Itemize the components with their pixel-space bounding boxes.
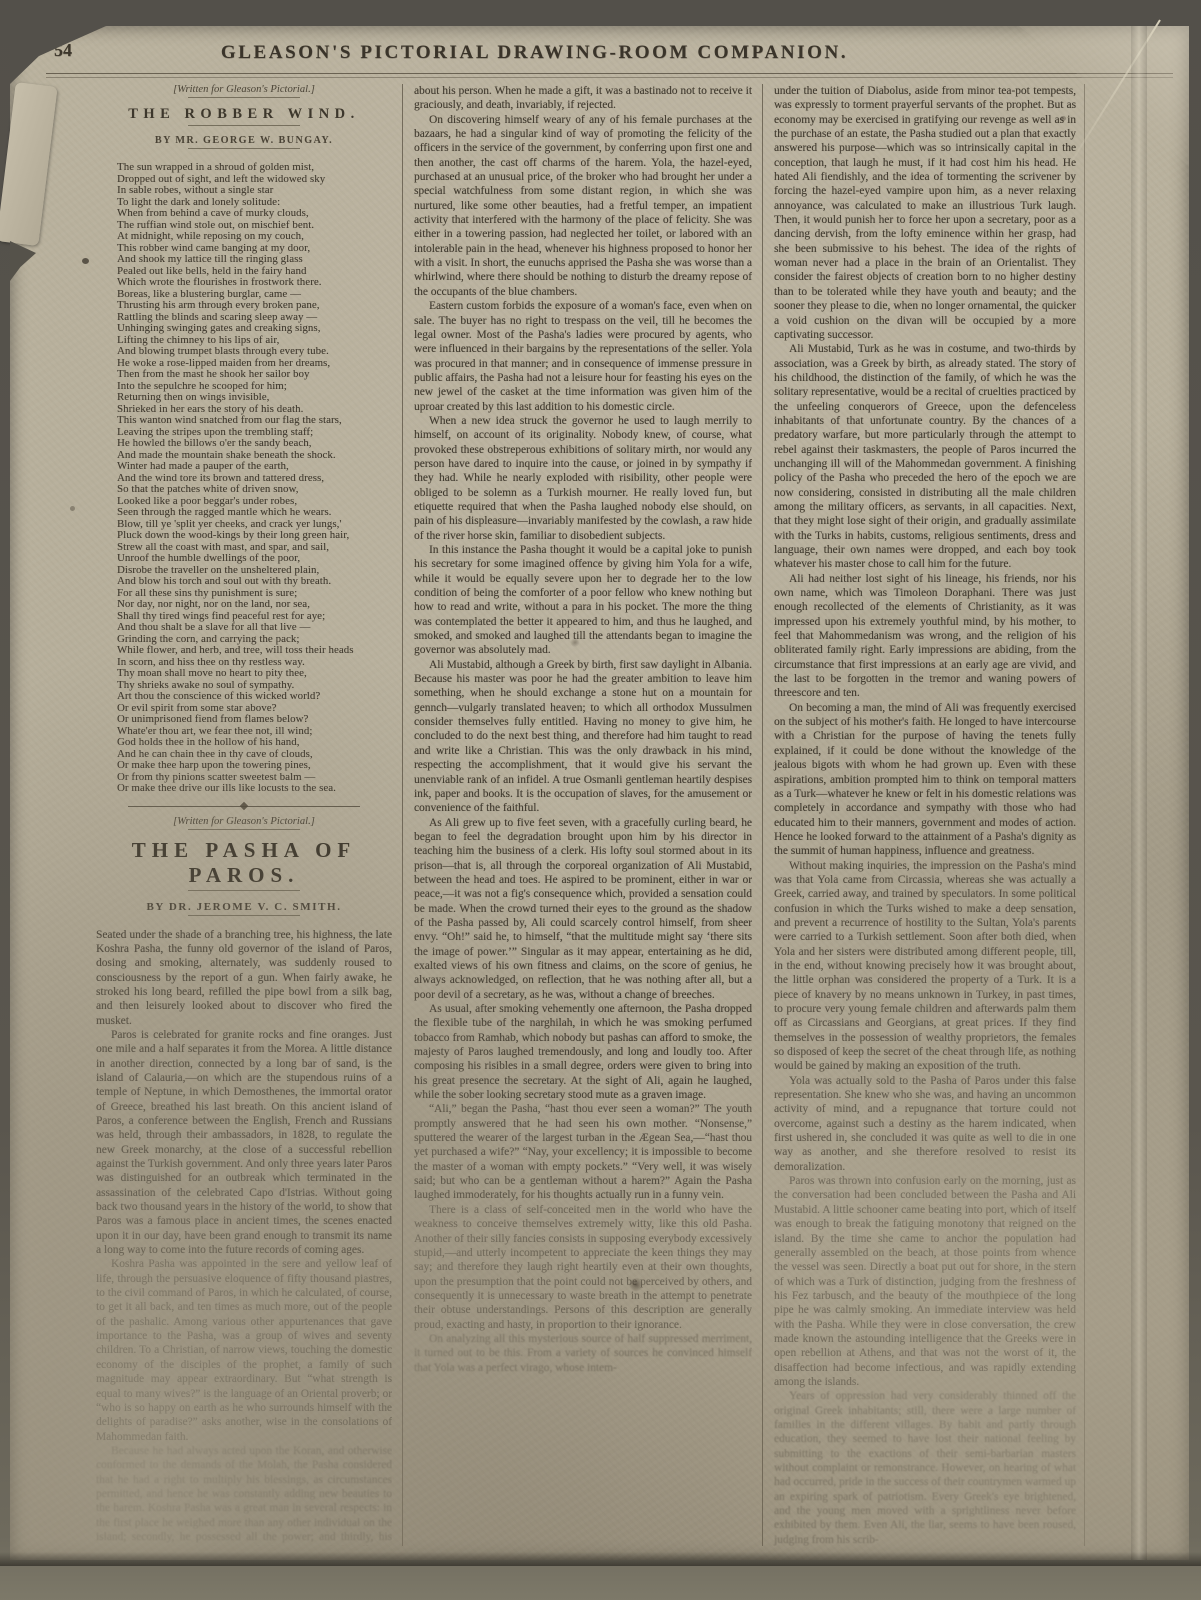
poem-credit-line: [Written for Gleason's Pictorial.] (96, 84, 392, 95)
page-bottom-shadow (0, 1552, 1201, 1566)
article-paragraph: On analyzing all this mysterious source … (414, 1332, 752, 1375)
poem-line: And thou shalt be a slave for all that l… (117, 622, 392, 634)
article-paragraph: On discovering himself weary of any of h… (414, 113, 752, 299)
poem-line: In sable robes, without a single star (117, 185, 392, 197)
poem-line: Thrusting his arm through every broken p… (117, 300, 392, 312)
rule-divider (188, 125, 300, 126)
column-left: [Written for Gleason's Pictorial.] THE R… (96, 84, 392, 1546)
poem-title: THE ROBBER WIND. (96, 106, 392, 123)
article-credit-line: [Written for Gleason's Pictorial.] (96, 816, 392, 827)
poem-line: Art thou the conscience of this wicked w… (117, 691, 392, 703)
poem-line: Then from the mast he shook her sailor b… (117, 369, 392, 381)
ink-stain (628, 1278, 644, 1291)
paper-speck (82, 258, 89, 264)
scanned-newspaper-page: 54 GLEASON'S PICTORIAL DRAWING-ROOM COMP… (0, 0, 1201, 1600)
article-byline: BY DR. JEROME V. C. SMITH. (96, 901, 392, 913)
torn-edge-notch (10, 241, 36, 281)
article-paragraph: “Ali,” began the Pasha, “hast thou ever … (414, 1102, 752, 1202)
poem-line: Unroof the humble dwellings of the poor, (117, 553, 392, 565)
poem-byline: BY MR. GEORGE W. BUNGAY. (96, 135, 392, 146)
rule-divider (188, 829, 300, 830)
article-paragraph: Years of oppression had very considerabl… (774, 1389, 1076, 1546)
poem-line: Which wrote the flourishes in frostwork … (117, 277, 392, 289)
poem-line: Seen through the ragged mantle which he … (117, 507, 392, 519)
article-paragraph: Seated under the shade of a branching tr… (96, 928, 392, 1028)
poem-line: When from behind a cave of murky clouds, (117, 208, 392, 220)
column-middle: about his person. When he made a gift, i… (402, 84, 752, 1546)
poem-line: Or unimprisoned fiend from flames below? (117, 714, 392, 726)
ink-stain (570, 638, 580, 647)
article-paragraph: When a new idea struck the governor he u… (414, 414, 752, 543)
section-divider-ornament (128, 806, 360, 807)
vertical-crease (1131, 26, 1147, 1560)
article-paragraph: Eastern custom forbids the exposure of a… (414, 299, 752, 414)
poem-line: God holds thee in the hollow of his hand… (117, 737, 392, 749)
rule-divider (188, 97, 300, 98)
article-paragraph: Yola was actually sold to the Pasha of P… (774, 1074, 1076, 1174)
poem-line: Winter had made a pauper of the earth, (117, 461, 392, 473)
article-paragraph: Ali had neither lost sight of his lineag… (774, 572, 1076, 701)
poem-line: And shook my lattice till the ringing gl… (117, 254, 392, 266)
poem-line: And blow his torch and soul out with thy… (117, 576, 392, 588)
article-paragraph: As usual, after smoking vehemently one a… (414, 1002, 752, 1102)
newspaper-sheet: 54 GLEASON'S PICTORIAL DRAWING-ROOM COMP… (10, 26, 1189, 1560)
poem-line: He howled the billows o'er the sandy bea… (117, 438, 392, 450)
rule-divider (188, 915, 300, 916)
poem-line: Or make thee drive our ills like locusts… (117, 783, 392, 795)
article-paragraph: Koshra Pasha was appointed in the sere a… (96, 1257, 392, 1443)
poem-line: Thy moan shall move no heart to pity the… (117, 668, 392, 680)
masthead-rule (46, 73, 1173, 78)
article-columns: [Written for Gleason's Pictorial.] THE R… (96, 84, 1085, 1546)
poem-line: At midnight, while reposing on my couch, (117, 231, 392, 243)
article-paragraph: In this instance the Pasha thought it wo… (414, 543, 752, 658)
article-paragraph: about his person. When he made a gift, i… (414, 84, 752, 113)
column-right: under the tuition of Diabolus, aside fro… (762, 84, 1085, 1546)
poem-line: While flower, and herb, and tree, will t… (117, 645, 392, 657)
poem-line: Pluck down the wood-kings by their long … (117, 530, 392, 542)
poem-line: This wanton wind snatched from our flag … (117, 415, 392, 427)
poem-line: Returning then on wings invisible, (117, 392, 392, 404)
paper-speck (70, 506, 75, 511)
article-paragraph: Ali Mustabid, Turk as he was in costume,… (774, 342, 1076, 572)
paper-speck (1060, 116, 1066, 121)
masthead-title: GLEASON'S PICTORIAL DRAWING-ROOM COMPANI… (10, 42, 1059, 64)
rule-divider (188, 890, 300, 891)
torn-paper-scrap (0, 82, 58, 246)
article-paragraph: Paros was thrown into confusion early on… (774, 1174, 1076, 1389)
article-paragraph: Paros is celebrated for granite rocks an… (96, 1028, 392, 1258)
poem-line: So that the patches white of driven snow… (117, 484, 392, 496)
poem-line: Nor day, nor night, nor on the land, nor… (117, 599, 392, 611)
poem-body: The sun wrapped in a shroud of golden mi… (96, 162, 392, 795)
article-title: THE PASHA OF PAROS. (96, 838, 392, 888)
article-paragraph: On becoming a man, the mind of Ali was f… (774, 701, 1076, 859)
article-paragraph: Because he had always acted upon the Kor… (96, 1444, 392, 1546)
article-paragraph: As Ali grew up to five feet seven, with … (414, 816, 752, 1002)
article-paragraph: under the tuition of Diabolus, aside fro… (774, 84, 1076, 342)
article-paragraph: Without making inquiries, the impression… (774, 859, 1076, 1074)
article-text-column-1: Seated under the shade of a branching tr… (96, 928, 392, 1547)
article-paragraph: There is a class of self-conceited men i… (414, 1203, 752, 1332)
poem-line: And blowing trumpet blasts through every… (117, 346, 392, 358)
rule-divider (188, 148, 300, 149)
poem-line: The sun wrapped in a shroud of golden mi… (117, 162, 392, 174)
article-paragraph: Ali Mustabid, although a Greek by birth,… (414, 658, 752, 816)
poem-line: Unhinging swinging gates and creaking si… (117, 323, 392, 335)
poem-line: Or make thee harp upon the towering pine… (117, 760, 392, 772)
